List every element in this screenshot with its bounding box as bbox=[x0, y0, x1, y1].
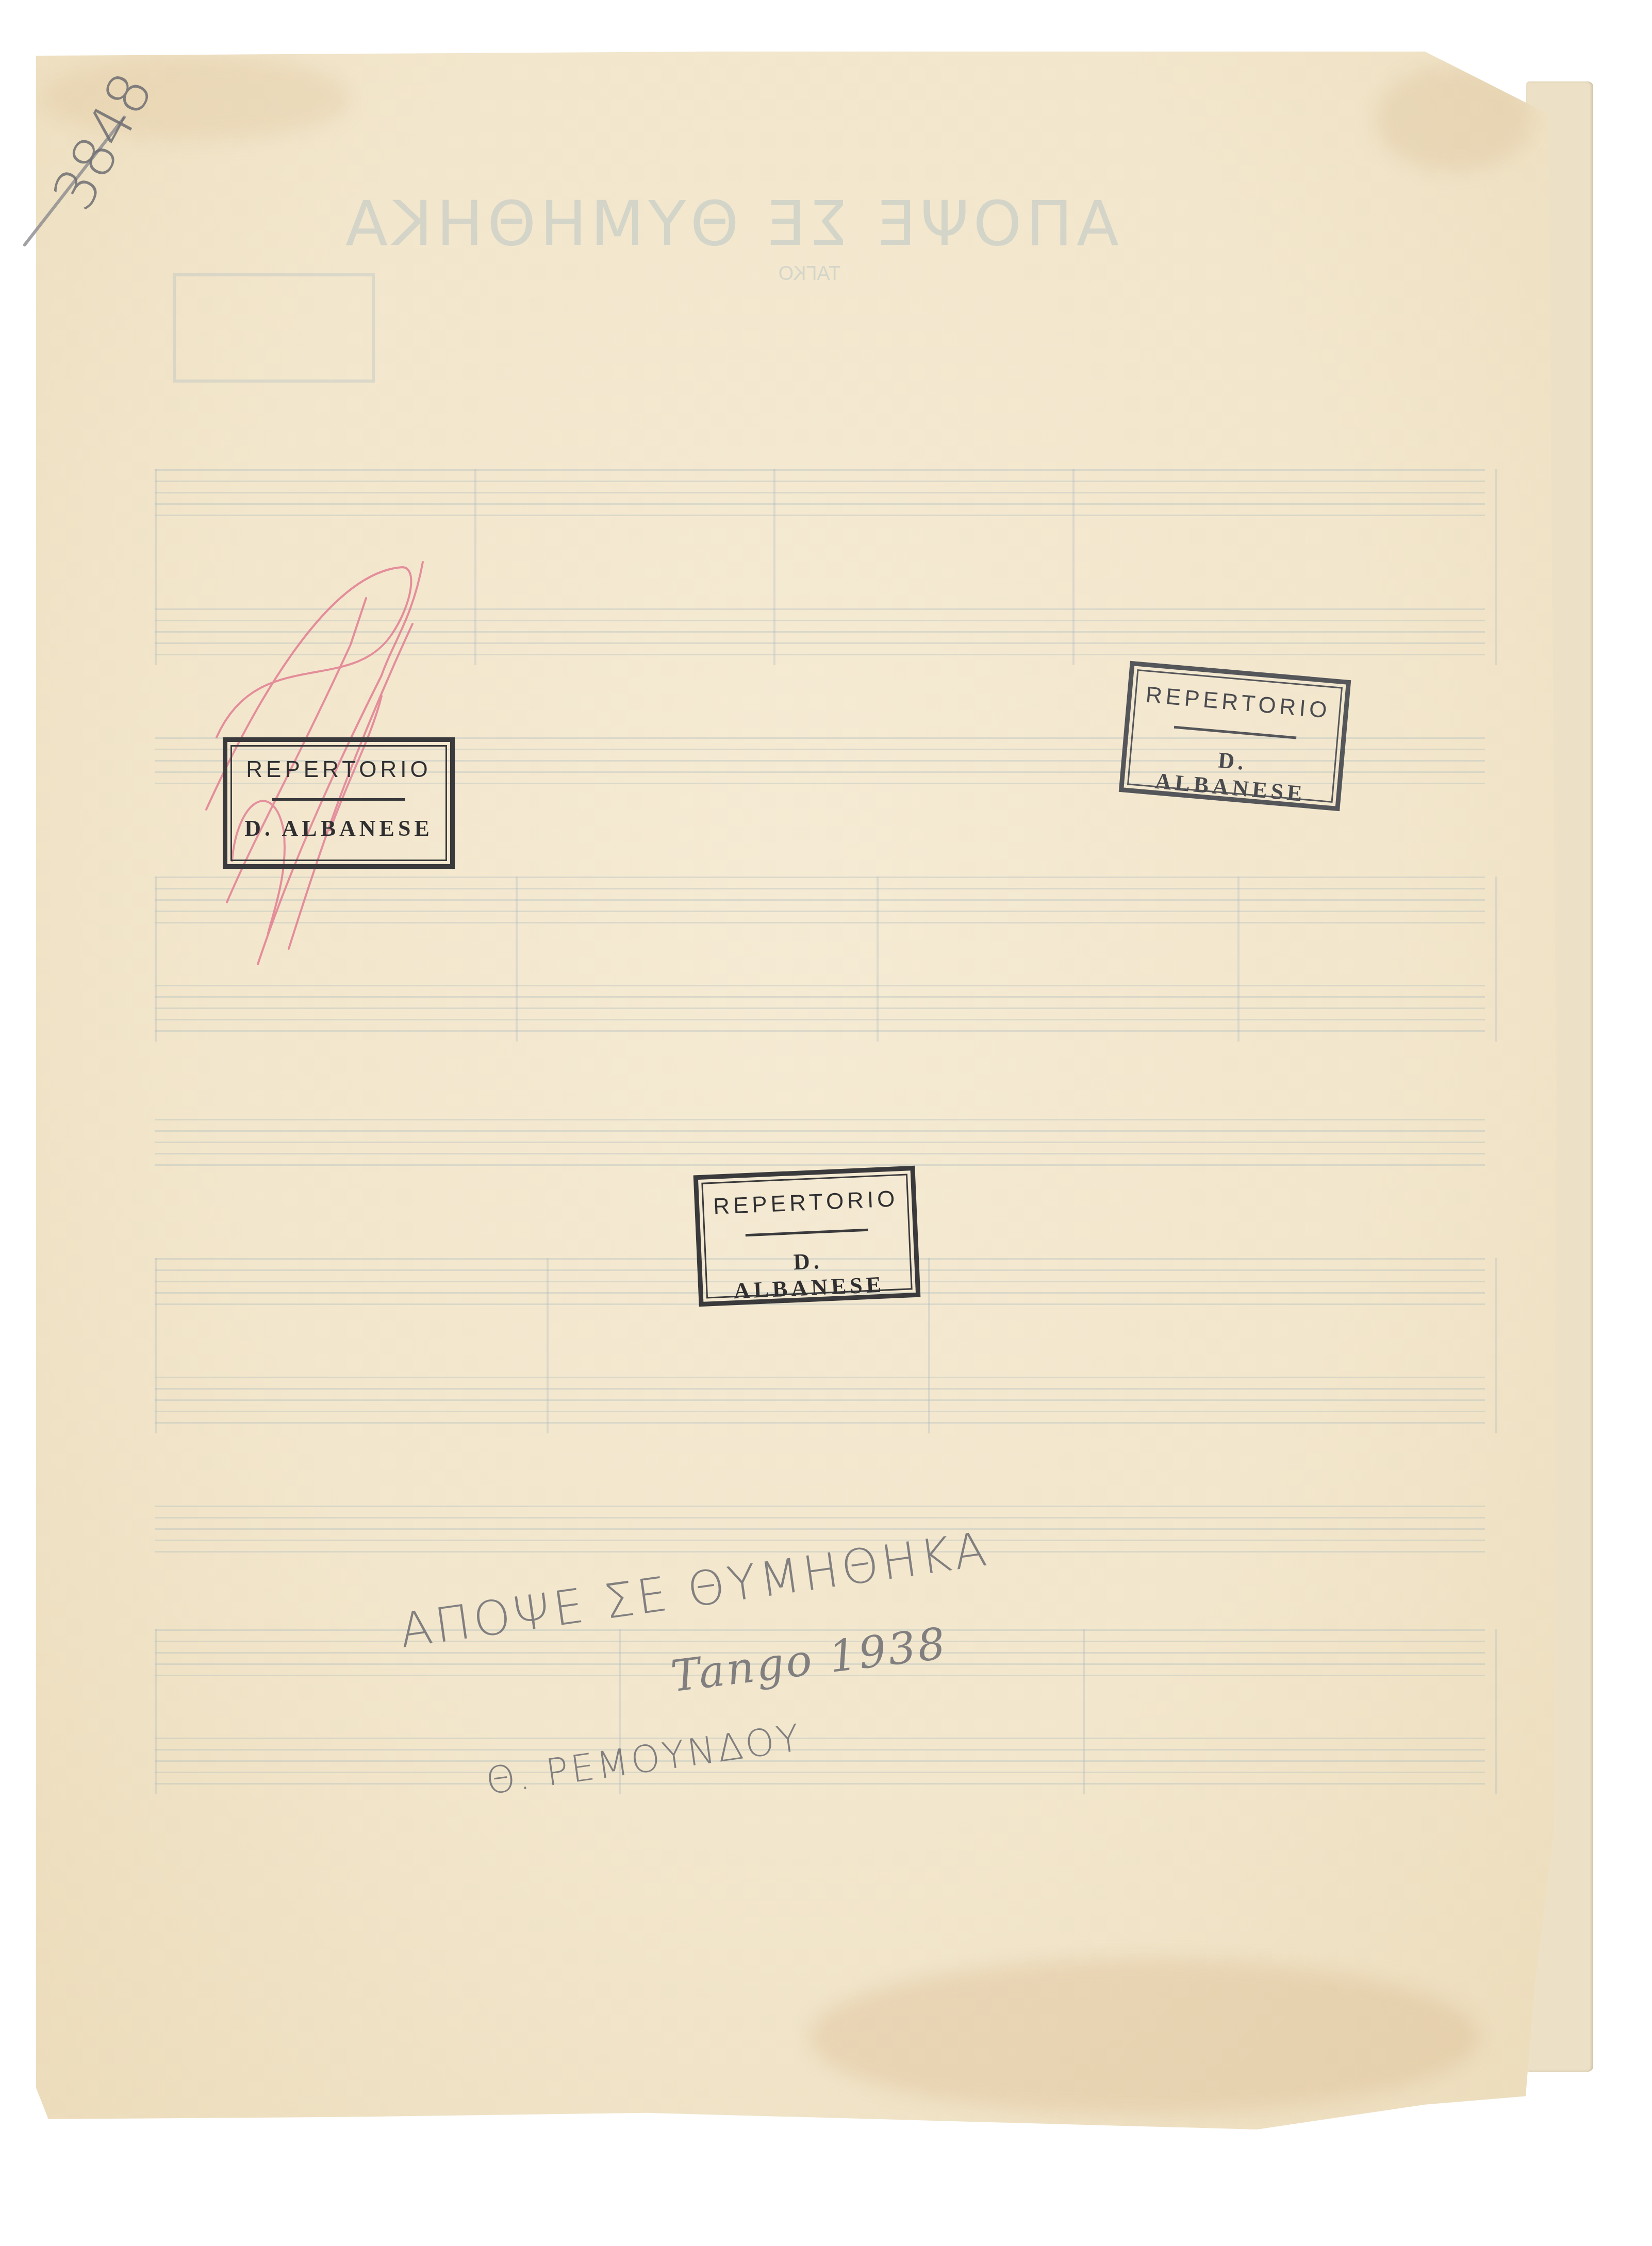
stamp-rule bbox=[272, 798, 405, 801]
stamp-line-repertorio: REPERTORIO bbox=[241, 757, 436, 783]
stamp-rule bbox=[1174, 726, 1297, 739]
stamp-line-repertorio: REPERTORIO bbox=[713, 1186, 898, 1220]
stamp-rule bbox=[746, 1229, 868, 1236]
stamp-repertorio-center: REPERTORIO D. ALBANESE bbox=[693, 1166, 921, 1307]
paper-sheet: ΑΠΟΨΕ ΣΕ ΘΥΜΗΘΗΚΑ ΤΑΓΚΟ bbox=[36, 52, 1562, 2129]
stamp-line-albanese: D. ALBANESE bbox=[241, 815, 436, 841]
stamp-repertorio-left: REPERTORIO D. ALBANESE bbox=[223, 737, 455, 869]
stamp-line-repertorio: REPERTORIO bbox=[1145, 682, 1331, 724]
bleed-through-staves bbox=[155, 52, 1485, 2129]
stamp-repertorio-right: REPERTORIO D. ALBANESE bbox=[1119, 661, 1351, 812]
stamp-line-albanese: D. ALBANESE bbox=[715, 1244, 902, 1305]
